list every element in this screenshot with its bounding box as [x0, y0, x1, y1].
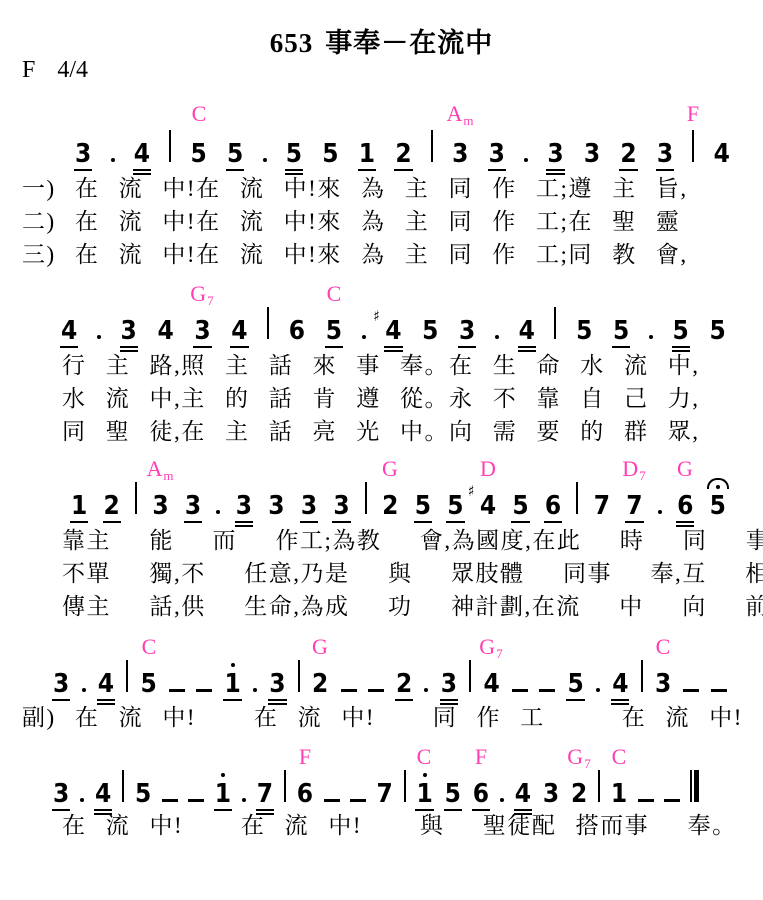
note: 5: [444, 781, 462, 811]
note: 2: [381, 493, 399, 519]
note: 6: [544, 493, 562, 523]
dot: [524, 158, 528, 162]
note: 1: [610, 781, 628, 807]
note: 4: [611, 671, 629, 701]
note: 5: [708, 318, 726, 344]
duration-dash: [341, 689, 357, 692]
chord-symbol: G7: [567, 744, 590, 772]
duration-dash: [324, 799, 340, 802]
note: 4: [60, 318, 78, 348]
note: 1: [358, 141, 376, 171]
chord-symbol: C: [656, 634, 671, 660]
dot: [658, 510, 662, 514]
lyrics-line: 在 流 中! 在 流 中! 與 聖徒配 搭而事 奉。: [62, 813, 737, 839]
lyrics-line: 靠主 能 而 作工;為教 會,為國度,在此 時 同 事奉。: [62, 528, 763, 554]
note: 3: [332, 493, 350, 523]
lyric-text: 水 流 中,主 的 話 肯 遵 從。永 不 靠 自 己 力,: [62, 386, 700, 411]
chord-symbol: D7: [622, 456, 645, 484]
chord-symbol: G: [382, 456, 398, 482]
barline: [135, 482, 137, 514]
lyrics-line: 同 聖 徒,在 主 話 亮 光 中。向 需 要 的 群 眾,: [62, 419, 700, 445]
barline: [298, 660, 300, 692]
dot: [362, 335, 366, 339]
verse-label: 二): [22, 209, 56, 234]
note: 5: [226, 141, 244, 171]
note: 7: [593, 493, 611, 519]
barline: [267, 307, 269, 339]
note: 5: [190, 141, 208, 167]
note: 3: [451, 141, 469, 167]
note: 1: [223, 671, 241, 701]
note: 5: [612, 318, 630, 348]
duration-dash: [162, 799, 178, 802]
note-row: 34517671564321: [0, 770, 763, 806]
note-row: 4343465♯45345555: [0, 307, 763, 343]
duration-dash: [368, 689, 384, 692]
dot: [111, 158, 115, 162]
dot: [253, 688, 257, 692]
note: 5: [566, 671, 584, 701]
key-signature: F4/4: [22, 57, 88, 84]
chord-symbol: C: [142, 634, 157, 660]
chord-symbol: F: [687, 101, 699, 127]
lyrics-line: 傳主 話,供 生命,為成 功 神計劃,在流 中 向 前行。: [62, 594, 763, 620]
note: ♯4: [384, 318, 402, 348]
note: 3: [184, 493, 202, 523]
note: 3: [656, 141, 674, 171]
chord-symbol: D: [480, 456, 496, 482]
dot: [97, 335, 101, 339]
chord-row: AmGDD7G: [0, 456, 763, 482]
chord-symbol: F: [299, 744, 311, 770]
note-row: 12333333255♯4567765: [0, 482, 763, 518]
chord-row: FCFG7C: [0, 744, 763, 770]
barline: [692, 130, 694, 162]
final-barline: [690, 770, 699, 802]
verse-label: 副): [22, 705, 56, 730]
note: 5: [709, 493, 727, 519]
note: 3: [300, 493, 318, 523]
note: 3: [235, 493, 253, 523]
note: 4: [133, 141, 151, 171]
note: 2: [394, 141, 412, 171]
note: 5: [446, 493, 464, 523]
lyrics-line: 三) 在 流 中!在 流 中!來 為 主 同 作 工;同 教 會,: [22, 242, 688, 268]
note: 6: [288, 318, 306, 344]
time-signature: 4/4: [57, 57, 88, 83]
note: 2: [311, 671, 329, 697]
note: 3: [120, 318, 138, 348]
note: 3: [268, 671, 286, 701]
lyric-text: 傳主 話,供 生命,為成 功 神計劃,在流 中 向 前行。: [62, 594, 763, 619]
duration-dash: [711, 689, 727, 692]
lyrics-line: 水 流 中,主 的 話 肯 遵 從。永 不 靠 自 己 力,: [62, 386, 700, 412]
note: 7: [256, 781, 274, 811]
note: 6: [676, 493, 694, 523]
note: 1: [415, 781, 433, 811]
note: 3: [458, 318, 476, 348]
lyric-text: 不單 獨,不 任意,乃是 與 眾肢體 同事 奉,互 相倚。: [62, 561, 763, 586]
note: 4: [514, 781, 532, 811]
chord-symbol: G7: [190, 281, 213, 309]
note: 2: [570, 781, 588, 807]
lyric-text: 在 流 中! 在 流 中! 與 聖徒配 搭而事 奉。: [62, 813, 737, 838]
dot: [424, 688, 428, 692]
note: 3: [267, 493, 285, 519]
chord-symbol: Am: [146, 456, 173, 484]
note: 4: [713, 141, 731, 167]
note: 5: [325, 318, 343, 348]
note: 3: [52, 671, 70, 701]
chord-symbol: C: [612, 744, 627, 770]
dot: [80, 798, 84, 802]
lyric-text: 同 聖 徒,在 主 話 亮 光 中。向 需 要 的 群 眾,: [62, 419, 700, 444]
chord-symbol: G: [677, 456, 693, 482]
chord-row: CGG7C: [0, 634, 763, 660]
dot: [649, 335, 653, 339]
note: 5: [321, 141, 339, 167]
lyric-text: 在 流 中!在 流 中!來 為 主 同 作 工;遵 主 旨,: [56, 176, 688, 201]
key-letter: F: [22, 57, 35, 83]
lyric-text: 行 主 路,照 主 話 來 事 奉。在 生 命 水 流 中,: [62, 353, 700, 378]
barline: [284, 770, 286, 802]
chord-row: CAmF: [0, 101, 763, 127]
note: ♯4: [479, 493, 497, 519]
hymn-title: 事奉－在流中: [325, 28, 493, 58]
lyrics-line: 副) 在 流 中! 在 流 中! 同 作 工 在 流 中!: [22, 705, 743, 731]
note: 3: [583, 141, 601, 167]
dot: [242, 798, 246, 802]
chord-symbol: G: [312, 634, 328, 660]
duration-dash: [169, 689, 185, 692]
note: 3: [193, 318, 211, 348]
barline: [576, 482, 578, 514]
note: 3: [52, 781, 70, 811]
note: 4: [97, 671, 115, 701]
duration-dash: [539, 689, 555, 692]
note: 1: [70, 493, 88, 523]
note: 3: [546, 141, 564, 171]
note-row: 345132234543: [0, 660, 763, 696]
chord-symbol: Am: [446, 101, 473, 129]
note: 2: [619, 141, 637, 171]
note: 7: [376, 781, 394, 807]
fermata-icon: [707, 478, 729, 489]
dot: [82, 688, 86, 692]
note: 3: [542, 781, 560, 807]
chord-symbol: F: [475, 744, 487, 770]
duration-dash: [664, 799, 680, 802]
barline: [598, 770, 600, 802]
lyrics-line: 不單 獨,不 任意,乃是 與 眾肢體 同事 奉,互 相倚。: [62, 561, 763, 587]
dot: [596, 688, 600, 692]
note: 2: [395, 671, 413, 701]
dot: [495, 335, 499, 339]
barline: [641, 660, 643, 692]
barline: [122, 770, 124, 802]
note: 5: [140, 671, 158, 697]
duration-dash: [188, 799, 204, 802]
note: 6: [296, 781, 314, 807]
duration-dash: [512, 689, 528, 692]
note: 4: [94, 781, 112, 811]
lyrics-line: 一) 在 流 中!在 流 中!來 為 主 同 作 工;遵 主 旨,: [22, 176, 688, 202]
page-title: 653事奉－在流中: [0, 21, 763, 60]
note: 6: [472, 781, 490, 811]
note-row: 345555123333234: [0, 130, 763, 166]
lyric-text: 在 流 中!在 流 中!來 為 主 同 作 工;同 教 會,: [56, 242, 688, 267]
chord-symbol: C: [192, 101, 207, 127]
note: 3: [440, 671, 458, 701]
sharp-icon: ♯: [468, 484, 475, 499]
duration-dash: [350, 799, 366, 802]
note: 1: [214, 781, 232, 811]
note: 5: [285, 141, 303, 171]
note: 4: [230, 318, 248, 348]
duration-dash: [683, 689, 699, 692]
barline: [365, 482, 367, 514]
note: 5: [672, 318, 690, 348]
chord-symbol: C: [417, 744, 432, 770]
note: 3: [654, 671, 672, 697]
hymn-number: 653: [270, 28, 314, 58]
barline: [126, 660, 128, 692]
note: 3: [488, 141, 506, 171]
lyrics-line: 行 主 路,照 主 話 來 事 奉。在 生 命 水 流 中,: [62, 353, 700, 379]
barline: [554, 307, 556, 339]
note: 7: [625, 493, 643, 523]
chord-symbol: G7: [479, 634, 502, 662]
duration-dash: [196, 689, 212, 692]
note: 2: [103, 493, 121, 523]
verse-label: 三): [22, 242, 56, 267]
lyric-text: 在 流 中! 在 流 中! 同 作 工 在 流 中!: [56, 705, 743, 730]
duration-dash: [638, 799, 654, 802]
barline: [404, 770, 406, 802]
lyrics-line: 二) 在 流 中!在 流 中!來 為 主 同 作 工;在 聖 靈: [22, 209, 680, 235]
chord-symbol: C: [327, 281, 342, 307]
dot: [263, 158, 267, 162]
chord-row: G7C: [0, 281, 763, 307]
dot: [500, 798, 504, 802]
sharp-icon: ♯: [373, 309, 380, 324]
lyric-text: 靠主 能 而 作工;為教 會,為國度,在此 時 同 事奉。: [62, 528, 763, 553]
note: 3: [151, 493, 169, 519]
note: 5: [134, 781, 152, 807]
note: 5: [575, 318, 593, 344]
note: 3: [74, 141, 92, 171]
lyric-text: 在 流 中!在 流 中!來 為 主 同 作 工;在 聖 靈: [56, 209, 681, 234]
note: 5: [421, 318, 439, 344]
dot: [216, 510, 220, 514]
barline: [169, 130, 171, 162]
barline: [469, 660, 471, 692]
note: 5: [414, 493, 432, 523]
barline: [431, 130, 433, 162]
note: 4: [482, 671, 500, 697]
note: 4: [518, 318, 536, 348]
verse-label: 一): [22, 176, 56, 201]
note: 5: [511, 493, 529, 523]
note: 4: [156, 318, 174, 344]
hymn-sheet: 653事奉－在流中 F4/4 CAmF345555123333234一) 在 流…: [0, 0, 763, 900]
